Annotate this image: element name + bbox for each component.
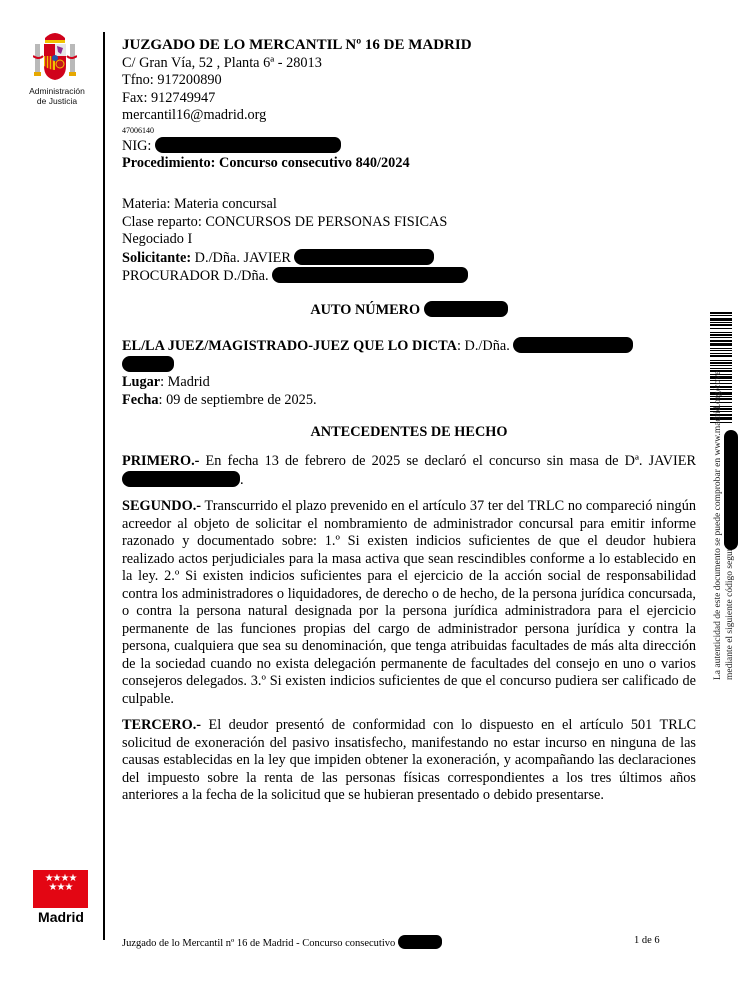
court-fax: Fax: 912749947 — [122, 90, 696, 108]
stars-row-2: ★★★ — [33, 883, 88, 892]
procurador-line: PROCURADOR D./Dña. — [122, 267, 696, 286]
negociado: Negociado I — [122, 231, 696, 249]
paragraph-tercero: TERCERO.- El deudor presentó de conformi… — [122, 717, 696, 805]
redaction — [122, 471, 240, 487]
redaction — [724, 430, 738, 550]
solicitante-line: Solicitante: D./Dña. JAVIER — [122, 249, 696, 268]
verification-line-1: La autenticidad de este documento se pue… — [712, 371, 724, 680]
auto-number-line: AUTO NÚMERO — [122, 301, 696, 320]
auto-title: AUTO NÚMERO — [310, 302, 423, 318]
paragraph-label: TERCERO.- — [122, 717, 201, 733]
paragraph-primero: PRIMERO.- En fecha 13 de febrero de 2025… — [122, 453, 696, 489]
court-code: 47006140 — [122, 125, 696, 137]
logo-label-line2: de Justicia — [18, 96, 96, 106]
nig-label: NIG: — [122, 138, 155, 154]
materia: Materia: Materia concursal — [122, 196, 696, 214]
redaction — [424, 301, 508, 317]
madrid-label: Madrid — [26, 909, 96, 925]
redaction — [294, 249, 434, 265]
redaction — [155, 137, 341, 153]
court-name: JUZGADO DE LO MERCANTIL Nº 16 DE MADRID — [122, 37, 696, 55]
court-email: mercantil16@madrid.org — [122, 107, 696, 125]
page-footer: Juzgado de lo Mercantil nº 16 de Madrid … — [122, 935, 662, 949]
paragraph-text: El deudor presentó de conformidad con lo… — [122, 717, 696, 803]
solicitante-label: Solicitante: — [122, 250, 191, 266]
paragraph-label: PRIMERO.- — [122, 453, 199, 469]
footer-text: Juzgado de lo Mercantil nº 16 de Madrid … — [122, 938, 398, 949]
judge-line-2 — [122, 356, 696, 375]
nig-line: NIG: — [122, 137, 696, 156]
judge-block: EL/LA JUEZ/MAGISTRADO-JUEZ QUE LO DICTA:… — [122, 337, 696, 409]
paragraph-segundo: SEGUNDO.- Transcurrido el plazo prevenid… — [122, 498, 696, 708]
clase-reparto: Clase reparto: CONCURSOS DE PERSONAS FIS… — [122, 214, 696, 232]
madrid-stars-icon: ★★★★ ★★★ — [33, 874, 88, 892]
judge-value: : D./Dña. — [457, 338, 513, 354]
fecha-value: : 09 de septiembre de 2025. — [159, 392, 317, 408]
paragraph-tail: . — [240, 472, 244, 488]
procedure-line: Procedimiento: Concurso consecutivo 840/… — [122, 155, 696, 173]
lugar-line: Lugar: Madrid — [122, 374, 696, 392]
judge-label: EL/LA JUEZ/MAGISTRADO-JUEZ QUE LO DICTA — [122, 338, 457, 354]
case-info: Materia: Materia concursal Clase reparto… — [122, 196, 696, 286]
redaction — [398, 935, 442, 949]
lugar-value: : Madrid — [160, 374, 210, 390]
body: PRIMERO.- En fecha 13 de febrero de 2025… — [122, 453, 696, 814]
procurador-label: PROCURADOR D./Dña. — [122, 268, 272, 284]
section-title: ANTECEDENTES DE HECHO — [122, 424, 696, 442]
court-header: JUZGADO DE LO MERCANTIL Nº 16 DE MADRID … — [122, 37, 696, 173]
paragraph-text: Transcurrido el plazo prevenido en el ar… — [122, 498, 696, 707]
paragraph-label: SEGUNDO.- — [122, 498, 201, 514]
solicitante-value: D./Dña. JAVIER — [191, 250, 294, 266]
lugar-label: Lugar — [122, 374, 160, 390]
redaction — [272, 267, 468, 283]
redaction — [122, 356, 174, 372]
spain-coat-of-arms-icon — [33, 30, 77, 84]
paragraph-text: En fecha 13 de febrero de 2025 se declar… — [199, 453, 696, 469]
margin-rule — [103, 32, 105, 940]
court-address: C/ Gran Vía, 52 , Planta 6ª - 28013 — [122, 55, 696, 73]
redaction — [513, 337, 633, 353]
logo-label-line1: Administración — [18, 86, 96, 96]
fecha-label: Fecha — [122, 392, 159, 408]
court-phone: Tfno: 917200890 — [122, 72, 696, 90]
administracion-justicia-label: Administración de Justicia — [18, 86, 96, 106]
fecha-line: Fecha: 09 de septiembre de 2025. — [122, 392, 696, 410]
judge-line: EL/LA JUEZ/MAGISTRADO-JUEZ QUE LO DICTA:… — [122, 337, 696, 356]
page-number: 1 de 6 — [634, 935, 660, 946]
